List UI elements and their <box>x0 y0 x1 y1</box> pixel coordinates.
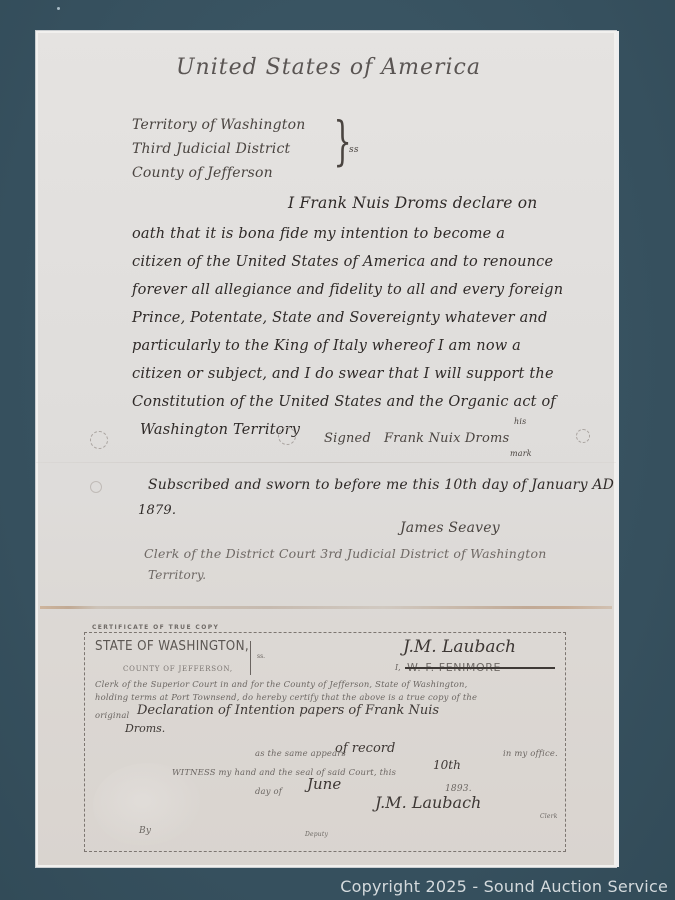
venue-ss: ss <box>349 145 359 155</box>
declaration-line-3: citizen of the United States of America … <box>132 254 553 270</box>
clerk-title-line-2: Territory. <box>148 568 206 582</box>
strikethrough-line <box>405 667 555 669</box>
certificate-ss: ss. <box>257 653 265 660</box>
venue-district: Third Judicial District <box>132 141 290 157</box>
declaration-line-8: Constitution of the United States and th… <box>132 394 556 410</box>
declaration-line-1: I Frank Nuis Droms declare on <box>288 194 538 212</box>
signer-name: Frank Nuix Droms <box>384 431 509 446</box>
copyright-watermark: Copyright 2025 - Sound Auction Service <box>340 877 668 896</box>
jurat-line-2: 1879. <box>138 503 176 518</box>
declaration-line-2: oath that it is bona fide my intention t… <box>132 226 505 242</box>
clerk-label: Clerk <box>540 813 558 820</box>
appears-value: of record <box>335 741 395 756</box>
witness-day: 10th <box>433 758 461 772</box>
paper-edge <box>616 31 619 867</box>
venue-county: County of Jefferson <box>132 165 273 181</box>
certificate-state: STATE OF WASHINGTON, <box>95 639 249 654</box>
deputy-label: Deputy <box>305 831 328 838</box>
substituted-clerk-name: J.M. Laubach <box>403 637 516 657</box>
mark-mark: mark <box>510 449 532 458</box>
mat-hanger-dot <box>57 7 60 10</box>
original-document-description-2: Droms. <box>125 722 165 735</box>
venue-brace: } <box>333 116 351 168</box>
jurat-line-1: Subscribed and sworn to before me this 1… <box>148 477 614 493</box>
certificate-i-label: I, <box>395 663 401 672</box>
month-value: June <box>307 775 341 793</box>
declaration-line-6: particularly to the King of Italy whereo… <box>132 338 521 354</box>
seal-mark-center <box>278 427 296 445</box>
by-label: By <box>139 826 151 836</box>
document-header: United States of America <box>176 55 481 80</box>
office-label: in my office. <box>503 748 558 758</box>
declaration-line-4: forever all allegiance and fidelity to a… <box>132 282 563 298</box>
declaration-line-9: Washington Territory <box>140 422 300 438</box>
fold-line <box>36 462 616 463</box>
certificate-county: COUNTY OF JEFFERSON, <box>123 665 233 673</box>
appears-label: as the same appears <box>255 748 346 758</box>
venue-territory: Territory of Washington <box>132 117 305 133</box>
seal-mark-left <box>90 431 108 449</box>
clerk-signature-bottom: J.M. Laubach <box>375 793 481 812</box>
declaration-line-5: Prince, Potentate, State and Sovereignty… <box>132 310 547 326</box>
certificate-caption: CERTIFICATE OF TRUE COPY <box>92 624 219 631</box>
declaration-line-7: citizen or subject, and I do swear that … <box>132 366 554 382</box>
certificate-bracket <box>250 641 251 675</box>
document-paper: United States of America Territory of Wa… <box>36 31 616 867</box>
clerk-title-line-1: Clerk of the District Court 3rd Judicial… <box>144 546 546 561</box>
witness-label: WITNESS my hand and the seal of said Cou… <box>172 767 396 777</box>
certificate-printed-line-1: Clerk of the Superior Court in and for t… <box>95 679 468 689</box>
certificate-box: STATE OF WASHINGTON, COUNTY OF JEFFERSON… <box>84 632 566 852</box>
clerk-signature: James Seavey <box>400 520 500 536</box>
seal-mark-right <box>576 429 590 443</box>
original-document-description: Declaration of Intention papers of Frank… <box>137 703 439 718</box>
original-label: original <box>95 710 129 720</box>
signed-label: Signed <box>324 431 371 446</box>
mark-his: his <box>514 417 526 426</box>
fold-stain <box>40 606 612 609</box>
certificate-printed-line-2: holding terms at Port Townsend, do hereb… <box>95 692 477 702</box>
seal-mark-small <box>90 481 102 493</box>
day-of-label: day of <box>255 786 282 796</box>
